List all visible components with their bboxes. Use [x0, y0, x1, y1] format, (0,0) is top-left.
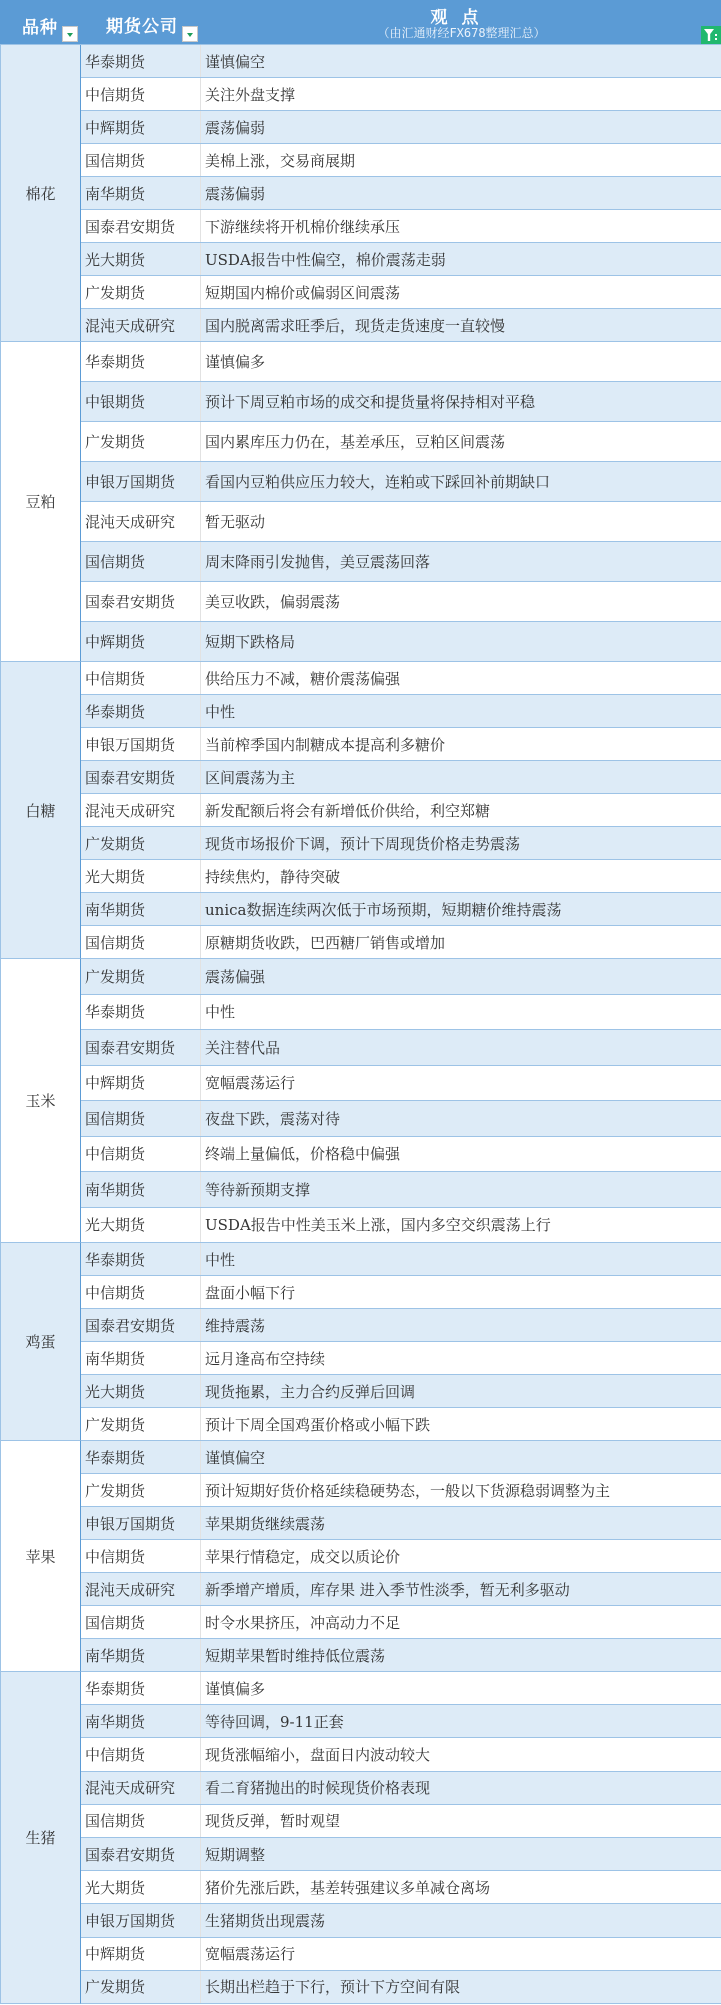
- group-rows: 华泰期货中性中信期货盘面小幅下行国泰君安期货维持震荡南华期货远月逢高布空持续光大…: [81, 1243, 721, 1441]
- table-row: 光大期货持续焦灼，静待突破: [81, 860, 721, 893]
- company-cell: 国泰君安期货: [81, 582, 201, 621]
- view-cell: 现货反弹，暂时观望: [201, 1810, 721, 1831]
- view-cell: 短期调整: [201, 1844, 721, 1865]
- view-cell: 现货拖累，主力合约反弹后回调: [201, 1381, 721, 1402]
- company-cell: 华泰期货: [81, 995, 201, 1030]
- table-row: 混沌天成研究新发配额后将会有新增低价供给，利空郑糖: [81, 794, 721, 827]
- company-cell: 南华期货: [81, 1172, 201, 1207]
- table-row: 华泰期货谨慎偏多: [81, 1672, 721, 1705]
- company-cell: 国信期货: [81, 144, 201, 176]
- view-cell: 美豆收跌，偏弱震荡: [201, 591, 721, 612]
- table-row: 中信期货现货涨幅缩小，盘面日内波动较大: [81, 1738, 721, 1771]
- view-cell: 等待回调，9-11正套: [201, 1711, 721, 1732]
- company-cell: 国信期货: [81, 1805, 201, 1837]
- view-cell: 夜盘下跌，震荡对待: [201, 1108, 721, 1129]
- group-rows: 华泰期货谨慎偏空广发期货预计短期好货价格延续稳硬势态，一般以下货源稳弱调整为主申…: [81, 1441, 721, 1672]
- company-cell: 中银期货: [81, 382, 201, 421]
- header-view: 观点 （由汇通财经FX678整理汇总）: [202, 0, 721, 44]
- table-header: 品种 期货公司 观点 （由汇通财经FX678整理汇总）: [0, 0, 721, 45]
- view-cell: 生猪期货出现震荡: [201, 1910, 721, 1931]
- variety-cell: 生猪: [0, 1672, 81, 2004]
- table-row: 混沌天成研究新季增产增质，库存果 进入季节性淡季，暂无利多驱动: [81, 1573, 721, 1606]
- company-cell: 华泰期货: [81, 1441, 201, 1473]
- variety-group: 玉米广发期货震荡偏强华泰期货中性国泰君安期货关注替代品中辉期货宽幅震荡运行国信期…: [0, 959, 721, 1243]
- table-row: 广发期货短期国内棉价或偏弱区间震荡: [81, 276, 721, 309]
- company-cell: 中辉期货: [81, 1938, 201, 1970]
- company-filter-dropdown-button[interactable]: [182, 26, 198, 42]
- filter-icon: [704, 28, 718, 42]
- company-cell: 申银万国期货: [81, 1507, 201, 1539]
- company-cell: 混沌天成研究: [81, 309, 201, 341]
- company-cell: 混沌天成研究: [81, 502, 201, 541]
- company-cell: 中信期货: [81, 78, 201, 110]
- company-cell: 广发期货: [81, 827, 201, 859]
- company-cell: 广发期货: [81, 276, 201, 308]
- view-cell: 预计下周全国鸡蛋价格或小幅下跌: [201, 1414, 721, 1435]
- table-row: 申银万国期货苹果期货继续震荡: [81, 1507, 721, 1540]
- view-cell: 中性: [201, 701, 721, 722]
- view-cell: 关注替代品: [201, 1037, 721, 1058]
- variety-cell: 苹果: [0, 1441, 81, 1672]
- company-cell: 中辉期货: [81, 111, 201, 143]
- table-row: 国信期货现货反弹，暂时观望: [81, 1805, 721, 1838]
- view-cell: 当前榨季国内制糖成本提高利多糖价: [201, 734, 721, 755]
- view-cell: 谨慎偏多: [201, 1678, 721, 1699]
- company-cell: 广发期货: [81, 422, 201, 461]
- header-variety: 品种: [0, 0, 81, 44]
- view-cell: 关注外盘支撑: [201, 84, 721, 105]
- view-cell: 苹果期货继续震荡: [201, 1513, 721, 1534]
- company-cell: 中信期货: [81, 1276, 201, 1308]
- table-row: 广发期货现货市场报价下调，预计下周现货价格走势震荡: [81, 827, 721, 860]
- table-row: 国泰君安期货短期调整: [81, 1838, 721, 1871]
- company-cell: 中信期货: [81, 662, 201, 694]
- view-cell: 周末降雨引发抛售，美豆震荡回落: [201, 551, 721, 572]
- company-cell: 广发期货: [81, 1971, 201, 2003]
- table-row: 南华期货震荡偏弱: [81, 177, 721, 210]
- view-cell: 预计短期好货价格延续稳硬势态，一般以下货源稳弱调整为主: [201, 1480, 721, 1501]
- view-cell: 维持震荡: [201, 1315, 721, 1336]
- table-row: 中辉期货宽幅震荡运行: [81, 1938, 721, 1971]
- group-rows: 华泰期货谨慎偏空中信期货关注外盘支撑中辉期货震荡偏弱国信期货美棉上涨，交易商展期…: [81, 45, 721, 342]
- view-cell: 下游继续将开机棉价继续承压: [201, 216, 721, 237]
- table-row: 华泰期货谨慎偏多: [81, 342, 721, 382]
- view-cell: 现货市场报价下调，预计下周现货价格走势震荡: [201, 833, 721, 854]
- company-cell: 华泰期货: [81, 1672, 201, 1704]
- company-cell: 光大期货: [81, 860, 201, 892]
- company-cell: 光大期货: [81, 243, 201, 275]
- view-cell: 宽幅震荡运行: [201, 1072, 721, 1093]
- chevron-down-icon: [187, 33, 193, 37]
- company-cell: 中信期货: [81, 1137, 201, 1172]
- view-cell: 短期国内棉价或偏弱区间震荡: [201, 282, 721, 303]
- view-cell: 新发配额后将会有新增低价供给，利空郑糖: [201, 800, 721, 821]
- table-row: 光大期货USDA报告中性美玉米上涨，国内多空交织震荡上行: [81, 1208, 721, 1244]
- variety-group: 苹果华泰期货谨慎偏空广发期货预计短期好货价格延续稳硬势态，一般以下货源稳弱调整为…: [0, 1441, 721, 1672]
- view-cell: 区间震荡为主: [201, 767, 721, 788]
- header-company-label: 期货公司: [106, 12, 178, 37]
- table-row: 广发期货震荡偏强: [81, 959, 721, 995]
- company-cell: 中辉期货: [81, 1066, 201, 1101]
- company-cell: 国泰君安期货: [81, 1030, 201, 1065]
- header-view-subtitle: （由汇通财经FX678整理汇总）: [202, 24, 721, 41]
- view-cell: 中性: [201, 1249, 721, 1270]
- table-row: 中信期货苹果行情稳定，成交以质论价: [81, 1540, 721, 1573]
- table-row: 中辉期货震荡偏弱: [81, 111, 721, 144]
- view-cell: 苹果行情稳定，成交以质论价: [201, 1546, 721, 1567]
- company-cell: 混沌天成研究: [81, 1772, 201, 1804]
- table-row: 光大期货猪价先涨后跌，基差转强建议多单减仓离场: [81, 1871, 721, 1904]
- company-cell: 华泰期货: [81, 342, 201, 381]
- variety-cell: 玉米: [0, 959, 81, 1243]
- company-cell: 南华期货: [81, 1342, 201, 1374]
- table-row: 中信期货供给压力不减，糖价震荡偏强: [81, 662, 721, 695]
- table-row: 华泰期货中性: [81, 695, 721, 728]
- header-company: 期货公司: [81, 0, 202, 44]
- view-cell: 谨慎偏空: [201, 1447, 721, 1468]
- table-row: 国信期货周末降雨引发抛售，美豆震荡回落: [81, 542, 721, 582]
- variety-group: 豆粕华泰期货谨慎偏多中银期货预计下周豆粕市场的成交和提货量将保持相对平稳广发期货…: [0, 342, 721, 662]
- company-cell: 中信期货: [81, 1540, 201, 1572]
- company-cell: 中辉期货: [81, 622, 201, 661]
- view-cell: 终端上量偏低，价格稳中偏强: [201, 1143, 721, 1164]
- view-cell: 时令水果挤压，冲高动力不足: [201, 1612, 721, 1633]
- table-row: 国泰君安期货区间震荡为主: [81, 761, 721, 794]
- view-cell: 中性: [201, 1001, 721, 1022]
- view-cell: 短期苹果暂时维持低位震荡: [201, 1645, 721, 1666]
- view-cell: 震荡偏强: [201, 966, 721, 987]
- table-row: 光大期货USDA报告中性偏空，棉价震荡走弱: [81, 243, 721, 276]
- view-cell: 看国内豆粕供应压力较大，连粕或下踩回补前期缺口: [201, 471, 721, 492]
- table-row: 申银万国期货生猪期货出现震荡: [81, 1904, 721, 1937]
- company-cell: 华泰期货: [81, 45, 201, 77]
- table-row: 南华期货unica数据连续两次低于市场预期，短期糖价维持震荡: [81, 893, 721, 926]
- table-row: 华泰期货谨慎偏空: [81, 45, 721, 78]
- company-cell: 光大期货: [81, 1871, 201, 1903]
- company-cell: 申银万国期货: [81, 1904, 201, 1936]
- view-cell: unica数据连续两次低于市场预期，短期糖价维持震荡: [201, 899, 721, 920]
- company-cell: 申银万国期货: [81, 728, 201, 760]
- view-cell: 谨慎偏空: [201, 51, 721, 72]
- table-row: 南华期货等待新预期支撑: [81, 1172, 721, 1208]
- table-row: 华泰期货中性: [81, 995, 721, 1031]
- view-cell: 等待新预期支撑: [201, 1179, 721, 1200]
- variety-group: 生猪华泰期货谨慎偏多南华期货等待回调，9-11正套中信期货现货涨幅缩小，盘面日内…: [0, 1672, 721, 2004]
- table-row: 申银万国期货当前榨季国内制糖成本提高利多糖价: [81, 728, 721, 761]
- group-rows: 华泰期货谨慎偏多中银期货预计下周豆粕市场的成交和提货量将保持相对平稳广发期货国内…: [81, 342, 721, 662]
- view-cell: 现货涨幅缩小，盘面日内波动较大: [201, 1744, 721, 1765]
- table-row: 中信期货关注外盘支撑: [81, 78, 721, 111]
- company-cell: 南华期货: [81, 1639, 201, 1671]
- company-cell: 南华期货: [81, 177, 201, 209]
- company-cell: 国信期货: [81, 926, 201, 958]
- view-cell: 原糖期货收跌，巴西糖厂销售或增加: [201, 932, 721, 953]
- view-cell: 供给压力不减，糖价震荡偏强: [201, 668, 721, 689]
- table-row: 国信期货时令水果挤压，冲高动力不足: [81, 1606, 721, 1639]
- view-cell: 远月逢高布空持续: [201, 1348, 721, 1369]
- variety-filter-dropdown-button[interactable]: [62, 26, 78, 42]
- view-cell: 新季增产增质，库存果 进入季节性淡季，暂无利多驱动: [201, 1579, 721, 1600]
- table-row: 中信期货终端上量偏低，价格稳中偏强: [81, 1137, 721, 1173]
- table-row: 国泰君安期货下游继续将开机棉价继续承压: [81, 210, 721, 243]
- view-cell: 猪价先涨后跌，基差转强建议多单减仓离场: [201, 1877, 721, 1898]
- table-row: 中辉期货短期下跌格局: [81, 622, 721, 662]
- table-row: 混沌天成研究国内脱离需求旺季后，现货走货速度一直较慢: [81, 309, 721, 342]
- view-cell: 暂无驱动: [201, 511, 721, 532]
- view-cell: 持续焦灼，静待突破: [201, 866, 721, 887]
- company-cell: 国信期货: [81, 542, 201, 581]
- company-cell: 国泰君安期货: [81, 210, 201, 242]
- variety-cell: 鸡蛋: [0, 1243, 81, 1441]
- company-cell: 光大期货: [81, 1375, 201, 1407]
- table-row: 中信期货盘面小幅下行: [81, 1276, 721, 1309]
- company-cell: 南华期货: [81, 893, 201, 925]
- view-cell: USDA报告中性美玉米上涨，国内多空交织震荡上行: [201, 1214, 721, 1235]
- view-cell: 谨慎偏多: [201, 351, 721, 372]
- group-rows: 广发期货震荡偏强华泰期货中性国泰君安期货关注替代品中辉期货宽幅震荡运行国信期货夜…: [81, 959, 721, 1243]
- group-rows: 华泰期货谨慎偏多南华期货等待回调，9-11正套中信期货现货涨幅缩小，盘面日内波动…: [81, 1672, 721, 2004]
- table-row: 中银期货预计下周豆粕市场的成交和提货量将保持相对平稳: [81, 382, 721, 422]
- table-row: 南华期货远月逢高布空持续: [81, 1342, 721, 1375]
- view-cell: 震荡偏弱: [201, 183, 721, 204]
- company-cell: 混沌天成研究: [81, 1573, 201, 1605]
- company-cell: 国信期货: [81, 1606, 201, 1638]
- view-cell: 震荡偏弱: [201, 117, 721, 138]
- table-row: 广发期货长期出栏趋于下行，预计下方空间有限: [81, 1971, 721, 2004]
- view-cell: 盘面小幅下行: [201, 1282, 721, 1303]
- table-row: 广发期货预计下周全国鸡蛋价格或小幅下跌: [81, 1408, 721, 1441]
- table-row: 南华期货等待回调，9-11正套: [81, 1705, 721, 1738]
- view-cell: 预计下周豆粕市场的成交和提货量将保持相对平稳: [201, 391, 721, 412]
- table-row: 国泰君安期货美豆收跌，偏弱震荡: [81, 582, 721, 622]
- table-row: 光大期货现货拖累，主力合约反弹后回调: [81, 1375, 721, 1408]
- table-row: 南华期货短期苹果暂时维持低位震荡: [81, 1639, 721, 1672]
- view-cell: 短期下跌格局: [201, 631, 721, 652]
- view-cell: USDA报告中性偏空，棉价震荡走弱: [201, 249, 721, 270]
- company-cell: 申银万国期货: [81, 462, 201, 501]
- table-row: 广发期货预计短期好货价格延续稳硬势态，一般以下货源稳弱调整为主: [81, 1474, 721, 1507]
- company-cell: 混沌天成研究: [81, 794, 201, 826]
- view-filter-active-button[interactable]: [701, 26, 721, 44]
- table-row: 混沌天成研究看二育猪抛出的时候现货价格表现: [81, 1772, 721, 1805]
- table-row: 中辉期货宽幅震荡运行: [81, 1066, 721, 1102]
- company-cell: 广发期货: [81, 959, 201, 994]
- company-cell: 国泰君安期货: [81, 761, 201, 793]
- variety-cell: 豆粕: [0, 342, 81, 662]
- variety-group: 鸡蛋华泰期货中性中信期货盘面小幅下行国泰君安期货维持震荡南华期货远月逢高布空持续…: [0, 1243, 721, 1441]
- view-cell: 国内脱离需求旺季后，现货走货速度一直较慢: [201, 315, 721, 336]
- group-rows: 中信期货供给压力不减，糖价震荡偏强华泰期货中性申银万国期货当前榨季国内制糖成本提…: [81, 662, 721, 959]
- company-cell: 国信期货: [81, 1101, 201, 1136]
- variety-cell: 白糖: [0, 662, 81, 959]
- company-cell: 南华期货: [81, 1705, 201, 1737]
- variety-group: 棉花华泰期货谨慎偏空中信期货关注外盘支撑中辉期货震荡偏弱国信期货美棉上涨，交易商…: [0, 45, 721, 342]
- table-row: 广发期货国内累库压力仍在，基差承压，豆粕区间震荡: [81, 422, 721, 462]
- company-cell: 光大期货: [81, 1208, 201, 1243]
- table-row: 国信期货美棉上涨，交易商展期: [81, 144, 721, 177]
- table-row: 混沌天成研究暂无驱动: [81, 502, 721, 542]
- company-cell: 中信期货: [81, 1738, 201, 1770]
- table-row: 申银万国期货看国内豆粕供应压力较大，连粕或下踩回补前期缺口: [81, 462, 721, 502]
- header-variety-label: 品种: [22, 13, 58, 38]
- futures-views-table: 品种 期货公司 观点 （由汇通财经FX678整理汇总） 棉花华泰期货谨慎偏空中信: [0, 0, 721, 2004]
- company-cell: 广发期货: [81, 1474, 201, 1506]
- view-cell: 长期出栏趋于下行，预计下方空间有限: [201, 1976, 721, 1997]
- view-cell: 国内累库压力仍在，基差承压，豆粕区间震荡: [201, 431, 721, 452]
- company-cell: 华泰期货: [81, 1243, 201, 1275]
- variety-cell: 棉花: [0, 45, 81, 342]
- company-cell: 国泰君安期货: [81, 1838, 201, 1870]
- company-cell: 华泰期货: [81, 695, 201, 727]
- view-cell: 看二育猪抛出的时候现货价格表现: [201, 1777, 721, 1798]
- table-row: 国信期货夜盘下跌，震荡对待: [81, 1101, 721, 1137]
- table-row: 国泰君安期货关注替代品: [81, 1030, 721, 1066]
- chevron-down-icon: [67, 33, 73, 37]
- table-row: 华泰期货谨慎偏空: [81, 1441, 721, 1474]
- variety-group: 白糖中信期货供给压力不减，糖价震荡偏强华泰期货中性申银万国期货当前榨季国内制糖成…: [0, 662, 721, 959]
- company-cell: 国泰君安期货: [81, 1309, 201, 1341]
- company-cell: 广发期货: [81, 1408, 201, 1440]
- table-row: 国泰君安期货维持震荡: [81, 1309, 721, 1342]
- table-row: 国信期货原糖期货收跌，巴西糖厂销售或增加: [81, 926, 721, 959]
- view-cell: 美棉上涨，交易商展期: [201, 150, 721, 171]
- view-cell: 宽幅震荡运行: [201, 1943, 721, 1964]
- table-body: 棉花华泰期货谨慎偏空中信期货关注外盘支撑中辉期货震荡偏弱国信期货美棉上涨，交易商…: [0, 45, 721, 2004]
- table-row: 华泰期货中性: [81, 1243, 721, 1276]
